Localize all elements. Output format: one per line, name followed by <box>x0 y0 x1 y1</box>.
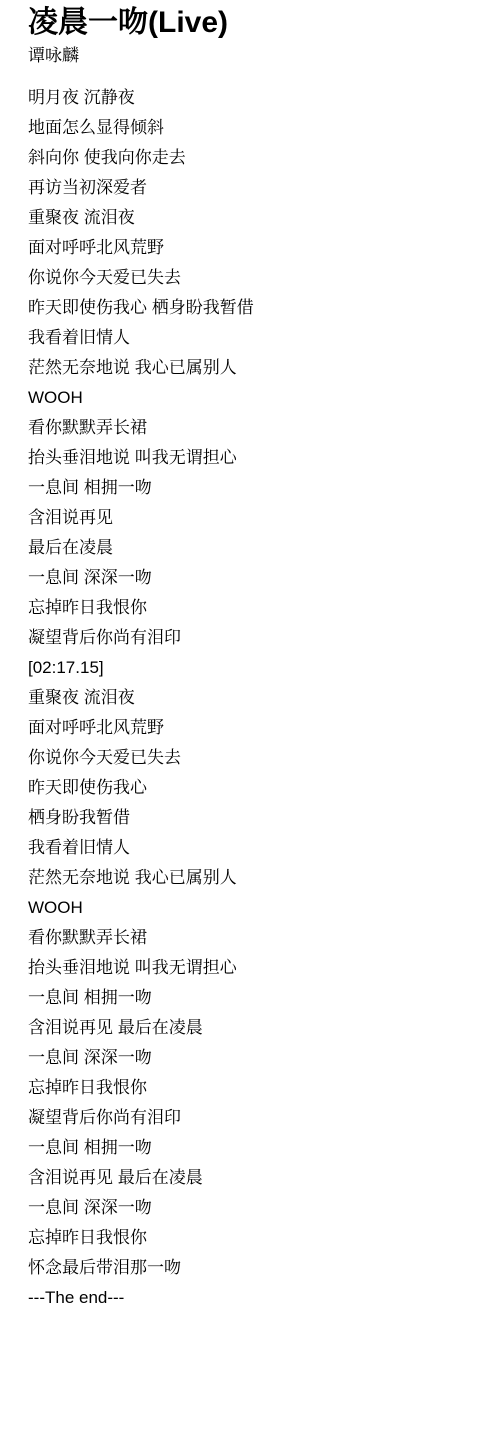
lyrics-page: 凌晨一吻(Live) 谭咏麟 明月夜 沉静夜地面怎么显得倾斜斜向你 使我向你走去… <box>0 0 500 1313</box>
lyric-line: 含泪说再见 最后在凌晨 <box>28 1013 480 1043</box>
lyric-line: 茫然无奈地说 我心已属别人 <box>28 353 480 383</box>
artist-name: 谭咏麟 <box>28 45 480 67</box>
lyric-line: 重聚夜 流泪夜 <box>28 203 480 233</box>
lyric-line: 抬头垂泪地说 叫我无谓担心 <box>28 443 480 473</box>
lyric-line: 抬头垂泪地说 叫我无谓担心 <box>28 953 480 983</box>
lyric-line: 斜向你 使我向你走去 <box>28 143 480 173</box>
lyric-line: 一息间 深深一吻 <box>28 1043 480 1073</box>
lyric-line: 一息间 相拥一吻 <box>28 1133 480 1163</box>
lyric-line: 一息间 深深一吻 <box>28 1193 480 1223</box>
lyric-line: 茫然无奈地说 我心已属别人 <box>28 863 480 893</box>
lyric-line: 一息间 相拥一吻 <box>28 983 480 1013</box>
lyric-line: 再访当初深爱者 <box>28 173 480 203</box>
lyric-line: 地面怎么显得倾斜 <box>28 113 480 143</box>
lyric-line: 含泪说再见 <box>28 503 480 533</box>
lyric-line: 昨天即使伤我心 栖身盼我暂借 <box>28 293 480 323</box>
lyrics-list: 明月夜 沉静夜地面怎么显得倾斜斜向你 使我向你走去再访当初深爱者重聚夜 流泪夜面… <box>28 83 480 1313</box>
lyric-line: 看你默默弄长裙 <box>28 923 480 953</box>
lyric-line: 栖身盼我暂借 <box>28 803 480 833</box>
lyric-line: 昨天即使伤我心 <box>28 773 480 803</box>
lyric-line: 一息间 深深一吻 <box>28 563 480 593</box>
lyric-line: 忘掉昨日我恨你 <box>28 1073 480 1103</box>
lyric-line: WOOH <box>28 383 480 413</box>
lyric-line: 忘掉昨日我恨你 <box>28 1223 480 1253</box>
lyric-line: 怀念最后带泪那一吻 <box>28 1253 480 1283</box>
lyric-line: 我看着旧情人 <box>28 833 480 863</box>
lyric-line: 重聚夜 流泪夜 <box>28 683 480 713</box>
lyric-line: [02:17.15] <box>28 653 480 683</box>
lyric-line: 看你默默弄长裙 <box>28 413 480 443</box>
lyric-line: 凝望背后你尚有泪印 <box>28 623 480 653</box>
lyric-line: 你说你今天爱已失去 <box>28 263 480 293</box>
lyric-line: 面对呼呼北风荒野 <box>28 233 480 263</box>
lyric-line: 我看着旧情人 <box>28 323 480 353</box>
lyric-line: 含泪说再见 最后在凌晨 <box>28 1163 480 1193</box>
lyric-line: 忘掉昨日我恨你 <box>28 593 480 623</box>
song-title: 凌晨一吻(Live) <box>28 5 480 41</box>
lyric-line: 一息间 相拥一吻 <box>28 473 480 503</box>
lyric-line: ---The end--- <box>28 1283 480 1313</box>
lyric-line: 凝望背后你尚有泪印 <box>28 1103 480 1133</box>
lyric-line: 最后在凌晨 <box>28 533 480 563</box>
lyric-line: WOOH <box>28 893 480 923</box>
lyric-line: 明月夜 沉静夜 <box>28 83 480 113</box>
lyric-line: 面对呼呼北风荒野 <box>28 713 480 743</box>
lyric-line: 你说你今天爱已失去 <box>28 743 480 773</box>
